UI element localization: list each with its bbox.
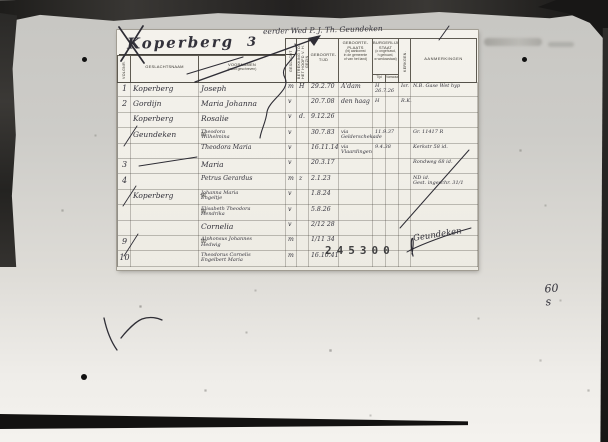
cell-voornamen: Maria — [199, 159, 286, 174]
cross-mark: ☒ — [199, 193, 206, 200]
cell-burg-vanwaar — [386, 128, 399, 143]
cell-burg-tijd — [373, 113, 386, 128]
punch-dot — [81, 374, 87, 380]
film-speckles — [0, 0, 1, 1]
cell-kerk — [399, 113, 411, 128]
cell-burg-tijd — [373, 174, 386, 189]
punch-dot — [522, 57, 527, 62]
column-header-kerkgenootschap: KERKGEN. — [398, 38, 410, 82]
cell-geslacht: v — [286, 144, 297, 159]
cell-geboortetijd: 2.1.23 — [309, 174, 339, 189]
cell-volgnr: 1 — [118, 82, 131, 97]
cell-volgnr: 2 — [118, 97, 131, 112]
cell-geboortetijd: 30.7.83 — [309, 128, 339, 143]
column-header-geboortetijd: GEBOORTE- TIJD — [308, 38, 338, 82]
frame-number: 60 s — [544, 282, 560, 309]
cross-mark — [199, 100, 201, 102]
cell-burg-vanwaar — [386, 82, 399, 97]
top-annotation: eerder Wed P. J. Th. Geundeken — [263, 21, 493, 36]
cell-burg-vanwaar — [386, 113, 399, 128]
cell-aanmerkingen — [411, 113, 478, 128]
column-header-geslachtsnaam: GESLACHTSNAAM — [130, 55, 198, 82]
cell-aanmerkingen: Kerkstr 58 id. — [411, 144, 478, 159]
cell-geboorteplaats: via Gelderschekade — [339, 128, 373, 143]
cell-betrekking — [297, 144, 309, 159]
cell-burg-tijd — [373, 205, 386, 220]
cell-geboortetijd: 5.8.26 — [309, 205, 339, 220]
cell-voornamen: Rosalie — [199, 113, 286, 128]
headline-number: 3 — [247, 35, 256, 50]
cell-voornamen: Cornelia — [199, 221, 286, 236]
cell-burg-vanwaar — [386, 159, 399, 174]
cell-geslachtsnaam — [131, 159, 199, 174]
cell-voornamen: Maria Johanna — [199, 97, 286, 112]
cell-burg-vanwaar — [386, 221, 399, 236]
cell-burg-tijd: H — [373, 97, 386, 112]
cell-geslachtsnaam — [131, 221, 199, 236]
pen-scribble — [88, 302, 178, 362]
cross-mark — [199, 177, 201, 179]
cell-kerk — [399, 236, 411, 251]
cell-burg-vanwaar — [386, 190, 399, 205]
cell-betrekking — [297, 236, 309, 251]
cell-geboorteplaats: A'dam — [339, 82, 373, 97]
column-header-betrekking: BETREKKING TOT HET HOOFD V. H. GEZIN — [296, 38, 308, 82]
stamp-number: 245300 — [325, 244, 395, 257]
cell-burg-vanwaar — [386, 97, 399, 112]
column-header-burg-tijd: Tijd — [372, 74, 385, 82]
column-header-geslacht: GESLACHT — [285, 38, 296, 82]
cross-mark — [199, 147, 201, 149]
column-header-geboorteplaats: GEBOORTE- PLAATS(bij aankomst in de geme… — [338, 38, 372, 82]
cell-geslachtsnaam: Geundeken — [131, 128, 199, 143]
cell-geslacht: v — [286, 190, 297, 205]
column-header-burgerlijke-staat: BURGERLIJKE STAAT(o ongehuwd, h gehuwd, … — [372, 38, 398, 74]
cell-aanmerkingen: Rondweg 68 id. — [411, 159, 478, 174]
cross-mark — [199, 85, 201, 87]
cell-geslachtsnaam — [131, 236, 199, 251]
film-smudge — [484, 38, 542, 46]
cell-geboorteplaats — [339, 159, 373, 174]
cell-geboortetijd: 20.7.08 — [309, 97, 339, 112]
cell-geboortetijd: 1.8.24 — [309, 190, 339, 205]
cell-kerk — [399, 144, 411, 159]
cell-burg-tijd: 11.9.37 — [373, 128, 386, 143]
cell-volgnr — [118, 221, 131, 236]
cell-aanmerkingen — [411, 205, 478, 220]
cell-geslacht: v — [286, 205, 297, 220]
punch-dot — [82, 57, 87, 62]
film-edge-bottom — [0, 413, 468, 429]
cell-geslacht: v — [286, 221, 297, 236]
cell-geboortetijd: 20.3.17 — [309, 159, 339, 174]
cell-geslacht: m — [286, 236, 297, 251]
cell-geslachtsnaam: Koperberg — [131, 113, 199, 128]
cell-betrekking — [297, 128, 309, 143]
cross-mark: ☒ — [199, 131, 206, 138]
cell-volgnr — [118, 128, 131, 143]
cell-geboortetijd: 29.2.70 — [309, 82, 339, 97]
cell-voornamen: Theodorus Cornelis Engelbert Maria — [199, 251, 286, 266]
film-edge-left — [0, 13, 18, 267]
cell-geslachtsnaam — [131, 174, 199, 189]
microfilm-photo: Koperberg 3 eerder Wed P. J. Th. Geundek… — [0, 0, 608, 442]
cell-geboorteplaats — [339, 221, 373, 236]
cell-aanmerkingen — [411, 97, 478, 112]
cell-geslacht: v — [286, 113, 297, 128]
film-edge-top — [0, 0, 608, 25]
film-edge-top-right — [538, 0, 608, 44]
cell-betrekking — [297, 97, 309, 112]
cell-geslachtsnaam: Koperberg — [131, 82, 199, 97]
cell-kerk — [399, 251, 411, 266]
cell-geslacht: m — [286, 174, 297, 189]
cell-volgnr: 4 — [118, 174, 131, 189]
cell-kerk: R.K. — [399, 97, 411, 112]
cell-volgnr: 9 — [118, 236, 131, 251]
cell-voornamen: Joseph — [199, 82, 286, 97]
cell-betrekking — [297, 159, 309, 174]
cell-kerk — [399, 174, 411, 189]
cross-mark — [199, 224, 201, 226]
cell-geboorteplaats — [339, 190, 373, 205]
cell-volgnr — [118, 144, 131, 159]
cell-volgnr — [118, 113, 131, 128]
cross-mark — [199, 254, 201, 256]
film-edge-right — [600, 28, 608, 442]
cell-geslachtsnaam: Koperberg — [131, 190, 199, 205]
cell-geboortetijd: 16.11.14 — [309, 144, 339, 159]
cell-aanmerkingen: Gr. 11417 R — [411, 128, 478, 143]
cell-aanmerkingen: N.B. Gase Wet hyp — [411, 82, 478, 97]
cell-geboorteplaats — [339, 174, 373, 189]
cell-geboortetijd: 2/12 28 — [309, 221, 339, 236]
cell-kerk — [399, 190, 411, 205]
cell-aanmerkingen — [411, 190, 478, 205]
cell-betrekking — [297, 221, 309, 236]
cell-kerk: Isr. — [399, 82, 411, 97]
cell-voornamen: ☒Alphonsus Johannes Hedwig — [199, 236, 286, 251]
cell-kerk — [399, 128, 411, 143]
cell-voornamen: Theodora Maria — [199, 144, 286, 159]
cell-betrekking: z — [297, 174, 309, 189]
cell-geboortetijd: 9.12.26 — [309, 113, 339, 128]
column-header-aanmerkingen: AANMERKINGEN — [410, 38, 477, 82]
cell-voornamen: ☒Elisabeth Theodora Hendrika — [199, 205, 286, 220]
cell-voornamen: Petrus Gerardus — [199, 174, 286, 189]
cell-geslachtsnaam — [131, 251, 199, 266]
cell-volgnr — [118, 205, 131, 220]
cross-mark: ☒ — [199, 208, 206, 215]
cell-burg-tijd — [373, 159, 386, 174]
cell-kerk — [399, 159, 411, 174]
cell-geboorteplaats: den haag — [339, 97, 373, 112]
cell-volgnr — [118, 190, 131, 205]
cross-mark — [199, 116, 201, 118]
cell-volgnr: 3 — [118, 159, 131, 174]
cell-betrekking: d. — [297, 113, 309, 128]
cell-geboorteplaats: via Vlaardingen — [339, 144, 373, 159]
cell-burg-tijd — [373, 221, 386, 236]
cell-betrekking — [297, 205, 309, 220]
cell-volgnr: 10 — [118, 251, 131, 266]
cell-geslacht: v — [286, 159, 297, 174]
cell-geboorteplaats — [339, 205, 373, 220]
cell-geslachtsnaam — [131, 205, 199, 220]
cell-burg-tijd — [373, 190, 386, 205]
film-smudge — [548, 42, 574, 47]
cell-burg-vanwaar — [386, 144, 399, 159]
cell-aanmerkingen: ND id. Gest. ingeschr. 31/1 — [411, 174, 478, 189]
cell-betrekking — [297, 190, 309, 205]
cell-burg-tijd: 9.4.38 — [373, 144, 386, 159]
column-header-volgnr: VOLGNR. — [117, 55, 130, 82]
cell-geslacht: m — [286, 82, 297, 97]
cell-geslachtsnaam: Gordijn — [131, 97, 199, 112]
cell-geslachtsnaam — [131, 144, 199, 159]
cross-mark — [199, 162, 201, 164]
column-header-voornamen: VOORNAMEN(voluit geschreven) — [198, 55, 285, 82]
cell-geslacht: m — [286, 251, 297, 266]
gezinskaart-card: Koperberg 3 eerder Wed P. J. Th. Geundek… — [117, 30, 478, 270]
cell-burg-tijd: H 26.7.26 — [373, 82, 386, 97]
cell-kerk — [399, 221, 411, 236]
cross-mark: ☒ — [199, 239, 206, 246]
cell-geslacht: v — [286, 97, 297, 112]
cell-betrekking — [297, 251, 309, 266]
cell-burg-vanwaar — [386, 174, 399, 189]
column-header-burg-vanwaar: Vanwaar — [385, 74, 398, 82]
cell-voornamen: ☒Theodora Wilhelmina — [199, 128, 286, 143]
cell-kerk — [399, 205, 411, 220]
cell-geslacht: v — [286, 128, 297, 143]
cell-geboorteplaats — [339, 113, 373, 128]
cell-burg-vanwaar — [386, 205, 399, 220]
cell-betrekking: H — [297, 82, 309, 97]
cell-voornamen: ☒Johanna Maria Engeltje — [199, 190, 286, 205]
cell-aanmerkingen — [411, 251, 478, 266]
